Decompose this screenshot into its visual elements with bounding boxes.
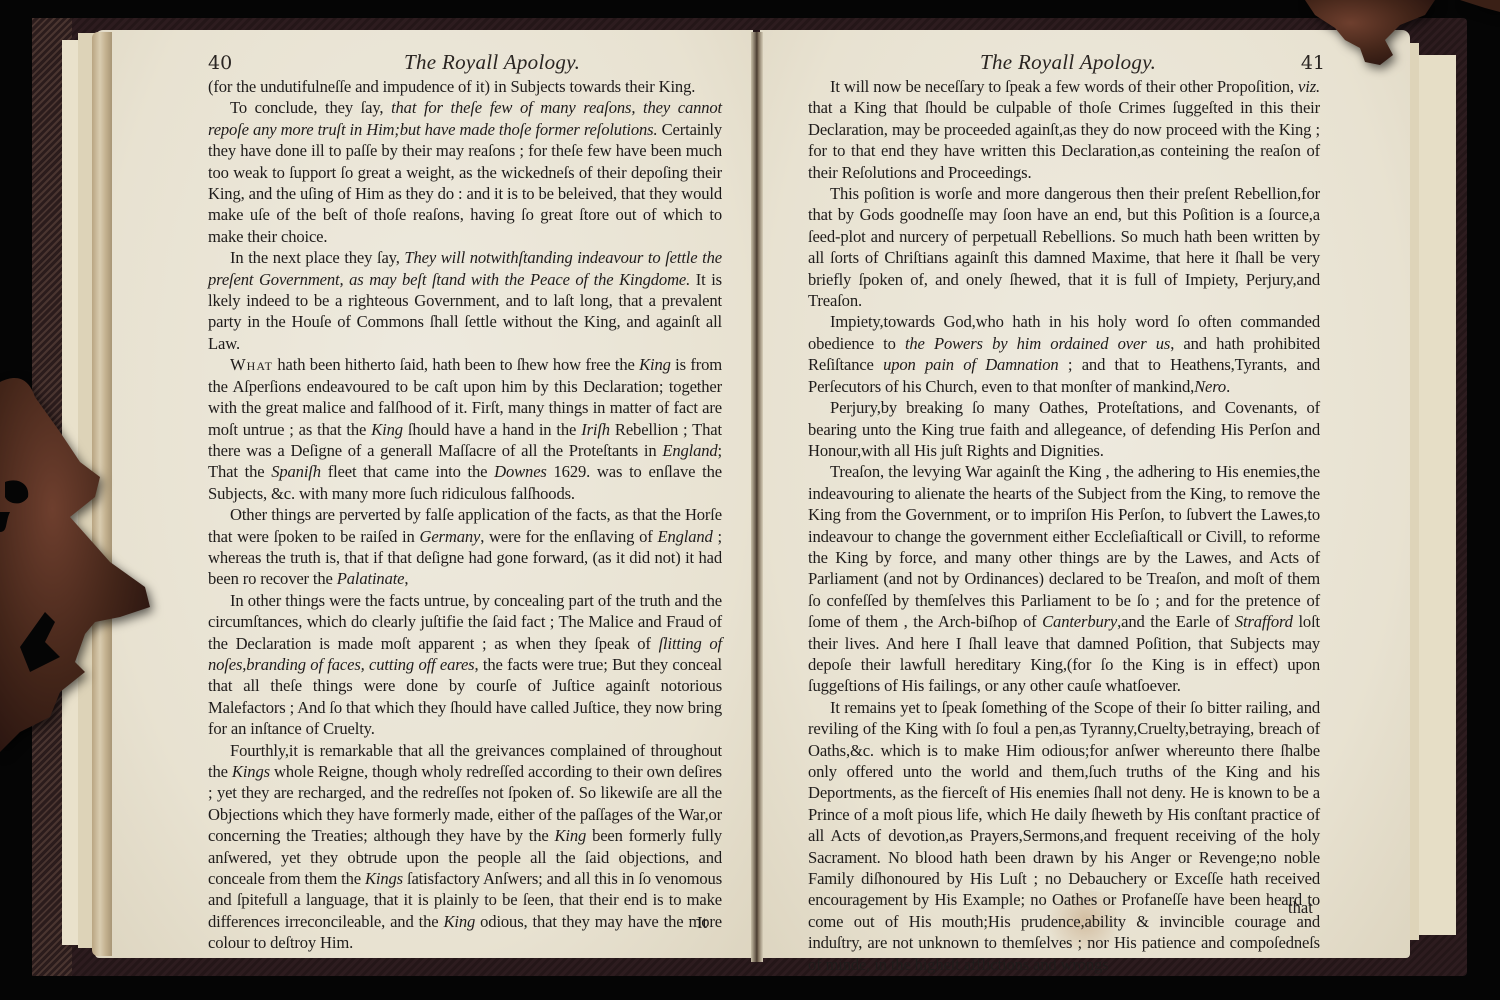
paragraph: What hath been hitherto ſaid, hath been … bbox=[208, 354, 722, 504]
paragraph: This poſition is worſe and more dangerou… bbox=[808, 183, 1320, 311]
paragraph: To conclude, they ſay, that for theſe fe… bbox=[208, 97, 722, 247]
text-run: . bbox=[1226, 377, 1230, 396]
catchword: It bbox=[697, 913, 707, 933]
text-run: Treaſon, the levying War againſt the Kin… bbox=[808, 462, 1320, 631]
text-run: In the next place they ſay, bbox=[230, 248, 404, 267]
text-run: ſhould have a hand in the bbox=[403, 420, 581, 439]
paragraph: Impiety,towards God,who hath in his holy… bbox=[808, 311, 1320, 397]
text-run: that a King that ſhould be culpable of t… bbox=[808, 98, 1320, 181]
italic-text: King bbox=[555, 826, 587, 845]
italic-text: Strafford bbox=[1235, 612, 1293, 631]
italic-text: Kings bbox=[365, 869, 403, 888]
left-page-text: (for the undutifulneſſe and impudence of… bbox=[208, 76, 722, 954]
text-run: Perjury,by breaking ſo many Oathes, Prot… bbox=[808, 398, 1320, 460]
paragraph: In other things were the facts untrue, b… bbox=[208, 590, 722, 740]
paragraph: Fourthly,it is remarkable that all the g… bbox=[208, 740, 722, 954]
text-run: , bbox=[404, 569, 408, 588]
text-run: In other things were the facts untrue, b… bbox=[208, 591, 722, 653]
italic-text: King bbox=[443, 912, 475, 931]
italic-text: England bbox=[662, 441, 717, 460]
right-page-text: It will now be neceſſary to ſpeak a few … bbox=[808, 76, 1320, 975]
paragraph: It remains yet to ſpeak ſomething of the… bbox=[808, 697, 1320, 975]
text-run: , were for the enſlaving of bbox=[480, 527, 657, 546]
italic-text: Spaniſh bbox=[271, 462, 321, 481]
running-head: The Royall Apology. bbox=[404, 50, 580, 75]
paragraph: In the next place they ſay, They will no… bbox=[208, 247, 722, 354]
text-run: To conclude, they ſay, bbox=[230, 98, 391, 117]
text-run: This poſition is worſe and more dangerou… bbox=[808, 184, 1320, 310]
metal-clasp-left-icon bbox=[0, 372, 155, 757]
gutter bbox=[751, 32, 763, 962]
italic-text: King bbox=[371, 420, 403, 439]
italic-text: King bbox=[639, 355, 671, 374]
italic-text: England bbox=[658, 527, 713, 546]
catchword: that bbox=[1288, 898, 1313, 918]
italic-text: upon pain of Damnation bbox=[883, 355, 1058, 374]
text-run: It remains yet to ſpeak ſomething of the… bbox=[808, 698, 1320, 974]
italic-text: Germany bbox=[420, 527, 481, 546]
italic-text: Palatinate bbox=[337, 569, 405, 588]
paragraph: (for the undutifulneſſe and impudence of… bbox=[208, 76, 722, 97]
text-run: It will now be neceſſary to ſpeak a few … bbox=[830, 77, 1298, 96]
italic-text: Iriſh bbox=[581, 420, 610, 439]
paragraph: It will now be neceſſary to ſpeak a few … bbox=[808, 76, 1320, 183]
running-head: The Royall Apology. bbox=[980, 50, 1156, 75]
italic-text: Canterbury bbox=[1042, 612, 1117, 631]
paragraph: Other things are perverted by falſe appl… bbox=[208, 504, 722, 590]
italic-text: Kings bbox=[232, 762, 270, 781]
text-run: ,and the Earle of bbox=[1117, 612, 1235, 631]
text-run: fleet that came into the bbox=[321, 462, 494, 481]
paragraph: Perjury,by breaking ſo many Oathes, Prot… bbox=[808, 397, 1320, 461]
text-run: (for the undutifulneſſe and impudence of… bbox=[208, 77, 695, 96]
folio-number: 40 bbox=[208, 52, 232, 74]
italic-text: viz. bbox=[1298, 77, 1320, 96]
italic-text: Nero bbox=[1194, 377, 1226, 396]
paragraph: Treaſon, the levying War againſt the Kin… bbox=[808, 461, 1320, 696]
text-run: What bbox=[230, 355, 273, 374]
text-run: hath been hitherto ſaid, hath been to ſh… bbox=[273, 355, 639, 374]
italic-text: the Powers by him ordained over us bbox=[905, 334, 1170, 353]
italic-text: Downes bbox=[494, 462, 547, 481]
metal-clasp-top-right-icon bbox=[1305, 0, 1500, 70]
